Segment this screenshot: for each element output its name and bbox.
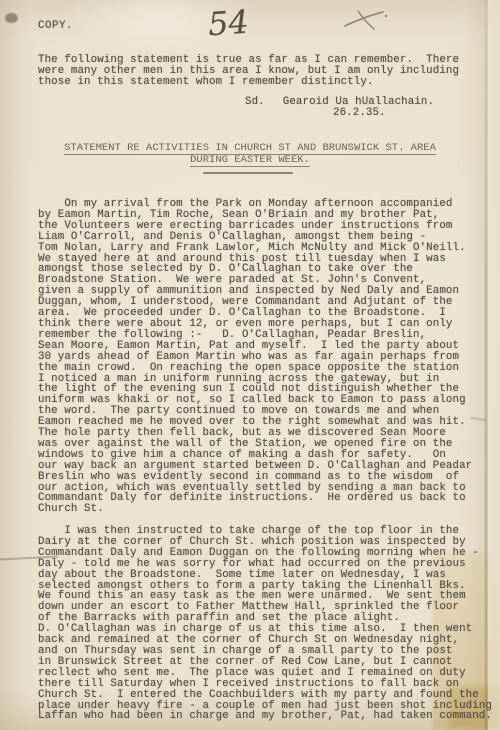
heading-line-2: DURING EASTER WEEK. <box>0 154 500 166</box>
document-page: COPY. 54 The following statement is true… <box>0 0 500 730</box>
body-paragraph-1: On my arrival from the Park on Monday af… <box>38 199 472 515</box>
body-paragraph-2: I was then instructed to take charge of … <box>38 526 492 722</box>
text-line: Tom Nolan, Larry and Frank Lawlor, Mich … <box>38 243 472 254</box>
text-line: 30 yards ahead of Eamon Martin who was a… <box>38 352 472 363</box>
handwritten-x-icon <box>343 9 389 38</box>
signature-date: 26.2.35. <box>333 108 386 119</box>
statement-heading: STATEMENT RE ACTIVITIES IN CHURCH ST AND… <box>0 142 500 166</box>
copy-label: COPY. <box>38 21 73 32</box>
text-line: Church St. <box>38 504 472 515</box>
heading-divider-rule <box>203 172 293 174</box>
text-line: Liam O'Carroll, and Denis O'Callaghan, a… <box>38 232 472 243</box>
text-line: Church St. I entered the Coachbuilders w… <box>38 690 492 701</box>
heading-line-1: STATEMENT RE ACTIVITIES IN CHURCH ST AND… <box>0 142 500 154</box>
text-line: Laffan who had been in charge and my bro… <box>38 711 492 722</box>
text-line: Daly - told me he was sorry for what had… <box>38 559 492 570</box>
handwritten-page-number: 54 <box>207 3 250 44</box>
intro-paragraph: The following statement is true as far a… <box>38 55 459 88</box>
text-line: the main crowd. On reaching the open spa… <box>38 363 472 374</box>
text-line: those in this statement whom I remember … <box>38 77 459 88</box>
ink-blot <box>5 13 18 23</box>
text-line: Breslin who was evidently second in comm… <box>38 472 472 483</box>
signature-prefix: Sd. <box>245 96 265 108</box>
paper-crease <box>470 417 486 421</box>
text-line: there till Saturday when I received inst… <box>38 679 492 690</box>
text-line: day about the Broadstone. Some time late… <box>38 570 492 581</box>
